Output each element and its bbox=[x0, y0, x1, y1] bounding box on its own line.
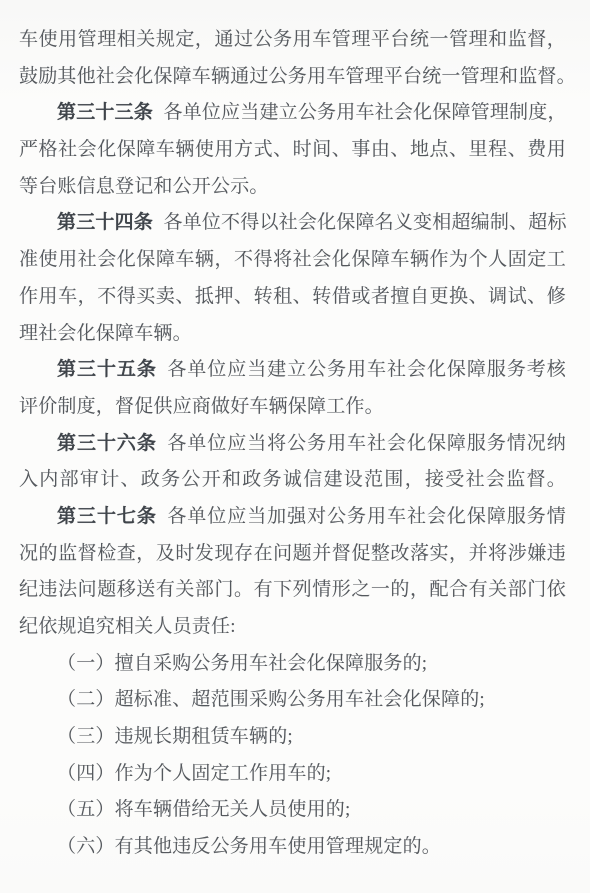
text-line: 严格社会化保障车辆使用方式、时间、事由、地点、里程、费用 bbox=[19, 132, 566, 169]
line-text: （三）违规长期租赁车辆的; bbox=[57, 726, 293, 747]
article-number: 第三十六条 bbox=[57, 433, 157, 454]
text-line: 车使用管理相关规定，通过公务用车管理平台统一管理和监督， bbox=[19, 22, 566, 59]
line-text: 评价制度，督促供应商做好车辆保障工作。 bbox=[19, 396, 384, 417]
text-line: 评价制度，督促供应商做好车辆保障工作。 bbox=[19, 389, 566, 426]
text-line: 入内部审计、政务公开和政务诚信建设范围，接受社会监督。 bbox=[19, 462, 566, 499]
text-line: 纪违法问题移送有关部门。有下列情形之一的，配合有关部门依 bbox=[19, 572, 566, 609]
line-text: 准使用社会化保障车辆，不得将社会化保障车辆作为个人固定工 bbox=[19, 249, 566, 270]
line-text: 各单位应当建立公务用车社会化保障管理制度， bbox=[163, 102, 566, 123]
line-text: 纪违法问题移送有关部门。有下列情形之一的，配合有关部门依 bbox=[19, 579, 566, 600]
line-text: 各单位应当建立公务用车社会化保障服务考核 bbox=[167, 359, 566, 380]
text-line: 准使用社会化保障车辆，不得将社会化保障车辆作为个人固定工 bbox=[19, 242, 566, 279]
text-line-article-34: 第三十四条各单位不得以社会化保障名义变相超编制、超标 bbox=[19, 205, 566, 242]
text-line-article-35: 第三十五条各单位应当建立公务用车社会化保障服务考核 bbox=[19, 352, 566, 389]
line-text: 等台账信息登记和公开公示。 bbox=[19, 176, 269, 197]
text-line: 鼓励其他社会化保障车辆通过公务用车管理平台统一管理和监督。 bbox=[19, 59, 566, 96]
text-line: 理社会化保障车辆。 bbox=[19, 316, 566, 353]
text-line-article-37: 第三十七条各单位应当加强对公务用车社会化保障服务情 bbox=[19, 499, 566, 536]
line-text: （二）超标准、超范围采购公务用车社会化保障的; bbox=[57, 689, 485, 710]
line-text: 鼓励其他社会化保障车辆通过公务用车管理平台统一管理和监督。 bbox=[19, 66, 576, 87]
line-text: 各单位应当将公务用车社会化保障服务情况纳 bbox=[167, 433, 566, 454]
line-text: （五）将车辆借给无关人员使用的; bbox=[57, 799, 350, 820]
line-text: 况的监督检查，及时发现存在问题并督促整改落实，并将涉嫌违 bbox=[19, 543, 566, 564]
line-text: 各单位不得以社会化保障名义变相超编制、超标 bbox=[163, 212, 566, 233]
line-text: 理社会化保障车辆。 bbox=[19, 323, 192, 344]
list-item-1: （一）擅自采购公务用车社会化保障服务的; bbox=[19, 646, 566, 683]
text-line: 况的监督检查，及时发现存在问题并督促整改落实，并将涉嫌违 bbox=[19, 536, 566, 573]
line-text: （一）擅自采购公务用车社会化保障服务的; bbox=[57, 653, 427, 674]
text-line-article-33: 第三十三条各单位应当建立公务用车社会化保障管理制度， bbox=[19, 95, 566, 132]
document-page: 车使用管理相关规定，通过公务用车管理平台统一管理和监督， 鼓励其他社会化保障车辆… bbox=[0, 0, 590, 893]
list-item-4: （四）作为个人固定工作用车的; bbox=[19, 756, 566, 793]
list-item-5: （五）将车辆借给无关人员使用的; bbox=[19, 792, 566, 829]
article-number: 第三十七条 bbox=[57, 506, 157, 527]
line-text: 严格社会化保障车辆使用方式、时间、事由、地点、里程、费用 bbox=[19, 139, 566, 160]
text-line: 等台账信息登记和公开公示。 bbox=[19, 169, 566, 206]
list-item-6: （六）有其他违反公务用车使用管理规定的。 bbox=[19, 829, 566, 866]
line-text: 纪依规追究相关人员责任: bbox=[19, 616, 236, 637]
list-item-2: （二）超标准、超范围采购公务用车社会化保障的; bbox=[19, 682, 566, 719]
line-text: （四）作为个人固定工作用车的; bbox=[57, 763, 331, 784]
article-number: 第三十五条 bbox=[57, 359, 157, 380]
line-text: （六）有其他违反公务用车使用管理规定的。 bbox=[57, 836, 441, 857]
document-text-block: 车使用管理相关规定，通过公务用车管理平台统一管理和监督， 鼓励其他社会化保障车辆… bbox=[19, 22, 566, 866]
list-item-3: （三）违规长期租赁车辆的; bbox=[19, 719, 566, 756]
text-line: 纪依规追究相关人员责任: bbox=[19, 609, 566, 646]
article-number: 第三十三条 bbox=[57, 102, 153, 123]
line-text: 各单位应当加强对公务用车社会化保障服务情 bbox=[167, 506, 566, 527]
text-line-article-36: 第三十六条各单位应当将公务用车社会化保障服务情况纳 bbox=[19, 426, 566, 463]
line-text: 作用车，不得买卖、抵押、转租、转借或者擅自更换、调试、修 bbox=[19, 286, 566, 307]
line-text: 车使用管理相关规定，通过公务用车管理平台统一管理和监督， bbox=[19, 29, 566, 50]
article-number: 第三十四条 bbox=[57, 212, 153, 233]
line-text: 入内部审计、政务公开和政务诚信建设范围，接受社会监督。 bbox=[19, 469, 566, 490]
text-line: 作用车，不得买卖、抵押、转租、转借或者擅自更换、调试、修 bbox=[19, 279, 566, 316]
